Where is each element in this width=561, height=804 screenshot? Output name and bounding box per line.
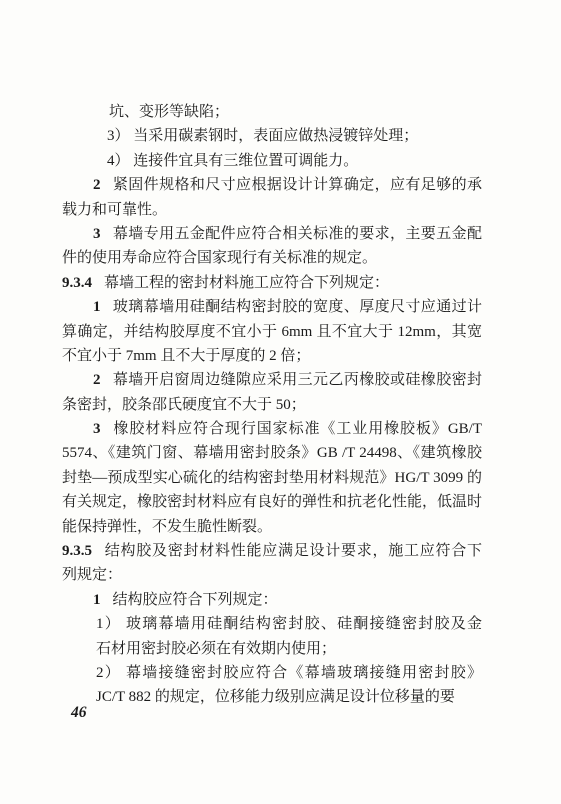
line-text: 列规定： (62, 567, 122, 583)
text-line: 2） 幕墙接缝密封胶应符合《幕墙玻璃接缝用密封胶》 (96, 661, 482, 685)
item-number: 2 (93, 372, 101, 388)
text-line: 条密封，胶条邵氏硬度宜不大于 50； (62, 393, 482, 417)
document-page: 坑、变形等缺陷； 3） 当采用碳素钢时，表面应做热浸镀锌处理； 4） 连接件宜具… (0, 0, 561, 804)
text-line: 1玻璃幕墙用硅酮结构密封胶的宽度、厚度尺寸应通过计 (93, 295, 482, 319)
page-number: 46 (71, 704, 87, 722)
line-text: 幕墙工程的密封材料施工应符合下列规定： (104, 275, 389, 291)
text-line: 9.3.5结构胶及密封材料性能应满足设计要求，施工应符合下 (62, 539, 482, 563)
text-line: 能保持弹性，不发生脆性断裂。 (62, 515, 482, 539)
line-text: 3） 当采用碳素钢时，表面应做热浸镀锌处理； (107, 128, 418, 144)
text-line: 2紧固件规格和尺寸应根据设计计算确定，应有足够的承 (93, 173, 482, 197)
text-line: 封垫—预成型实心硫化的结构密封垫用材料规范》HG/T 3099 的 (62, 466, 482, 490)
item-number: 1 (93, 299, 101, 315)
text-line: 载力和可靠性。 (62, 198, 482, 222)
text-line: 2幕墙开启窗周边缝隙应采用三元乙丙橡胶或硅橡胶密封 (93, 368, 482, 392)
item-number: 2 (93, 177, 101, 193)
line-text: 不宜小于 7mm 且不大于厚度的 2 倍； (62, 348, 310, 364)
line-text: 1） 玻璃幕墙用硅酮结构密封胶、硅酮接缝密封胶及金属、 (96, 616, 482, 636)
line-text: 能保持弹性，不发生脆性断裂。 (62, 519, 272, 535)
item-number: 1 (93, 592, 101, 608)
line-text: 件的使用寿命应符合国家现行有关标准的规定。 (62, 250, 377, 266)
line-text: 幕墙专用五金配件应符合相关标准的要求，主要五金配 (113, 226, 483, 242)
text-line: 石材用密封胶必须在有效期内使用； (96, 637, 482, 661)
text-line: 1结构胶应符合下列规定： (93, 588, 482, 612)
line-text: 结构胶应符合下列规定： (113, 592, 278, 608)
text-line: 坑、变形等缺陷； (109, 100, 482, 124)
line-text: 玻璃幕墙用硅酮结构密封胶的宽度、厚度尺寸应通过计 (113, 299, 483, 315)
line-text: 坑、变形等缺陷； (109, 104, 229, 120)
text-line: 3橡胶材料应符合现行国家标准《工业用橡胶板》GB/T (93, 417, 482, 441)
text-line: JC/T 882 的规定，位移能力级别应满足设计位移量的要 (96, 685, 482, 709)
line-text: 算确定，并结构胶厚度不宜小于 6mm 且不宜大于 12mm，其宽度 (62, 324, 482, 344)
item-number: 3 (93, 226, 101, 242)
text-line: 件的使用寿命应符合国家现行有关标准的规定。 (62, 246, 482, 270)
text-line: 算确定，并结构胶厚度不宜小于 6mm 且不宜大于 12mm，其宽度 (62, 320, 482, 344)
item-number: 3 (93, 421, 101, 437)
line-text: 有关规定，橡胶密封材料应有良好的弹性和抗老化性能，低温时 (62, 494, 482, 510)
text-line: 3） 当采用碳素钢时，表面应做热浸镀锌处理； (107, 124, 482, 148)
line-text: 结构胶及密封材料性能应满足设计要求，施工应符合下 (104, 543, 482, 559)
line-text: 封垫—预成型实心硫化的结构密封垫用材料规范》HG/T 3099 的 (62, 470, 482, 486)
text-line: 不宜小于 7mm 且不大于厚度的 2 倍； (62, 344, 482, 368)
text-line: 9.3.4幕墙工程的密封材料施工应符合下列规定： (62, 271, 482, 295)
line-text: 载力和可靠性。 (62, 202, 167, 218)
line-text: 条密封，胶条邵氏硬度宜不大于 50； (62, 397, 306, 413)
text-line: 1） 玻璃幕墙用硅酮结构密封胶、硅酮接缝密封胶及金属、 (96, 612, 482, 636)
text-line: 3幕墙专用五金配件应符合相关标准的要求，主要五金配 (93, 222, 482, 246)
body-text: 坑、变形等缺陷； 3） 当采用碳素钢时，表面应做热浸镀锌处理； 4） 连接件宜具… (62, 100, 482, 710)
line-text: 4） 连接件宜具有三维位置可调能力。 (107, 153, 358, 169)
clause-number: 9.3.5 (62, 543, 92, 559)
clause-number: 9.3.4 (62, 275, 92, 291)
line-text: 石材用密封胶必须在有效期内使用； (96, 641, 336, 657)
line-text: 橡胶材料应符合现行国家标准《工业用橡胶板》GB/T (113, 421, 483, 437)
text-line: 4） 连接件宜具有三维位置可调能力。 (107, 149, 482, 173)
line-text: 5574、《建筑门窗、幕墙用密封胶条》GB /T 24498、《建筑橡胶密 (62, 445, 482, 465)
text-line: 有关规定，橡胶密封材料应有良好的弹性和抗老化性能，低温时 (62, 490, 482, 514)
text-line: 5574、《建筑门窗、幕墙用密封胶条》GB /T 24498、《建筑橡胶密 (62, 441, 482, 465)
line-text: 紧固件规格和尺寸应根据设计计算确定，应有足够的承 (113, 177, 483, 193)
line-text: 2） 幕墙接缝密封胶应符合《幕墙玻璃接缝用密封胶》 (96, 665, 482, 681)
line-text: 幕墙开启窗周边缝隙应采用三元乙丙橡胶或硅橡胶密封 (113, 372, 483, 388)
line-text: JC/T 882 的规定，位移能力级别应满足设计位移量的要 (96, 689, 455, 705)
text-line: 列规定： (62, 563, 482, 587)
